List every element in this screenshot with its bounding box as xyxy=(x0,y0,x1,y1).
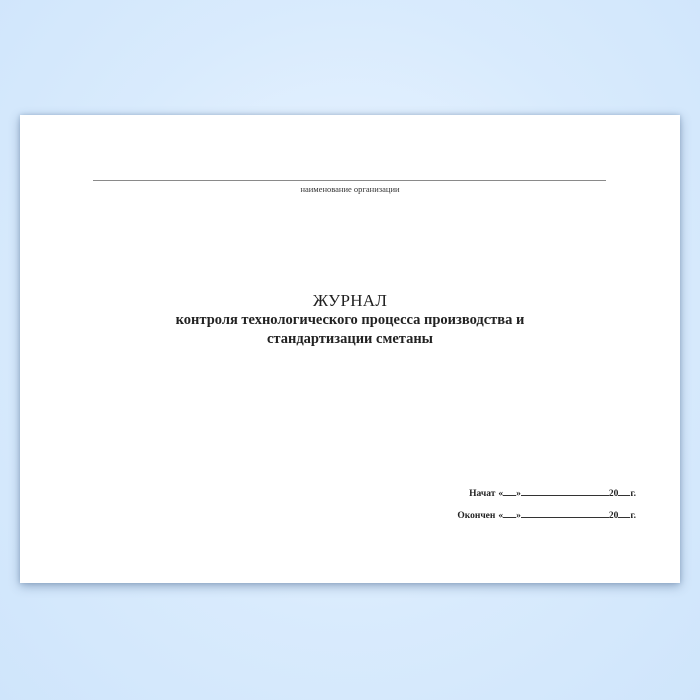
year-suffix: г. xyxy=(630,489,636,499)
start-day-blank xyxy=(503,486,516,496)
dates-block: Начат « » 20 г. Окончен « » 20 г. xyxy=(457,486,636,530)
document-subtitle-line-1: контроля технологического процесса произ… xyxy=(20,311,680,330)
start-year-blank xyxy=(618,486,630,496)
document-subtitle-line-2: стандартизации сметаны xyxy=(20,330,680,349)
end-year-blank xyxy=(618,508,630,518)
year-prefix: 20 xyxy=(609,511,619,521)
title-block: ЖУРНАЛ контроля технологического процесс… xyxy=(20,291,680,349)
journal-cover-page: наименование организации ЖУРНАЛ контроля… xyxy=(20,115,680,583)
document-title: ЖУРНАЛ xyxy=(20,291,680,311)
start-date-row: Начат « » 20 г. xyxy=(457,486,636,508)
year-suffix: г. xyxy=(630,511,636,521)
organization-caption: наименование организации xyxy=(20,184,680,194)
end-date-row: Окончен « » 20 г. xyxy=(457,508,636,530)
start-date-label: Начат xyxy=(469,489,495,499)
start-month-blank xyxy=(521,486,609,496)
end-month-blank xyxy=(521,508,609,518)
end-day-blank xyxy=(503,508,516,518)
year-prefix: 20 xyxy=(609,489,619,499)
organization-name-line xyxy=(93,180,606,181)
end-date-label: Окончен xyxy=(457,511,495,521)
